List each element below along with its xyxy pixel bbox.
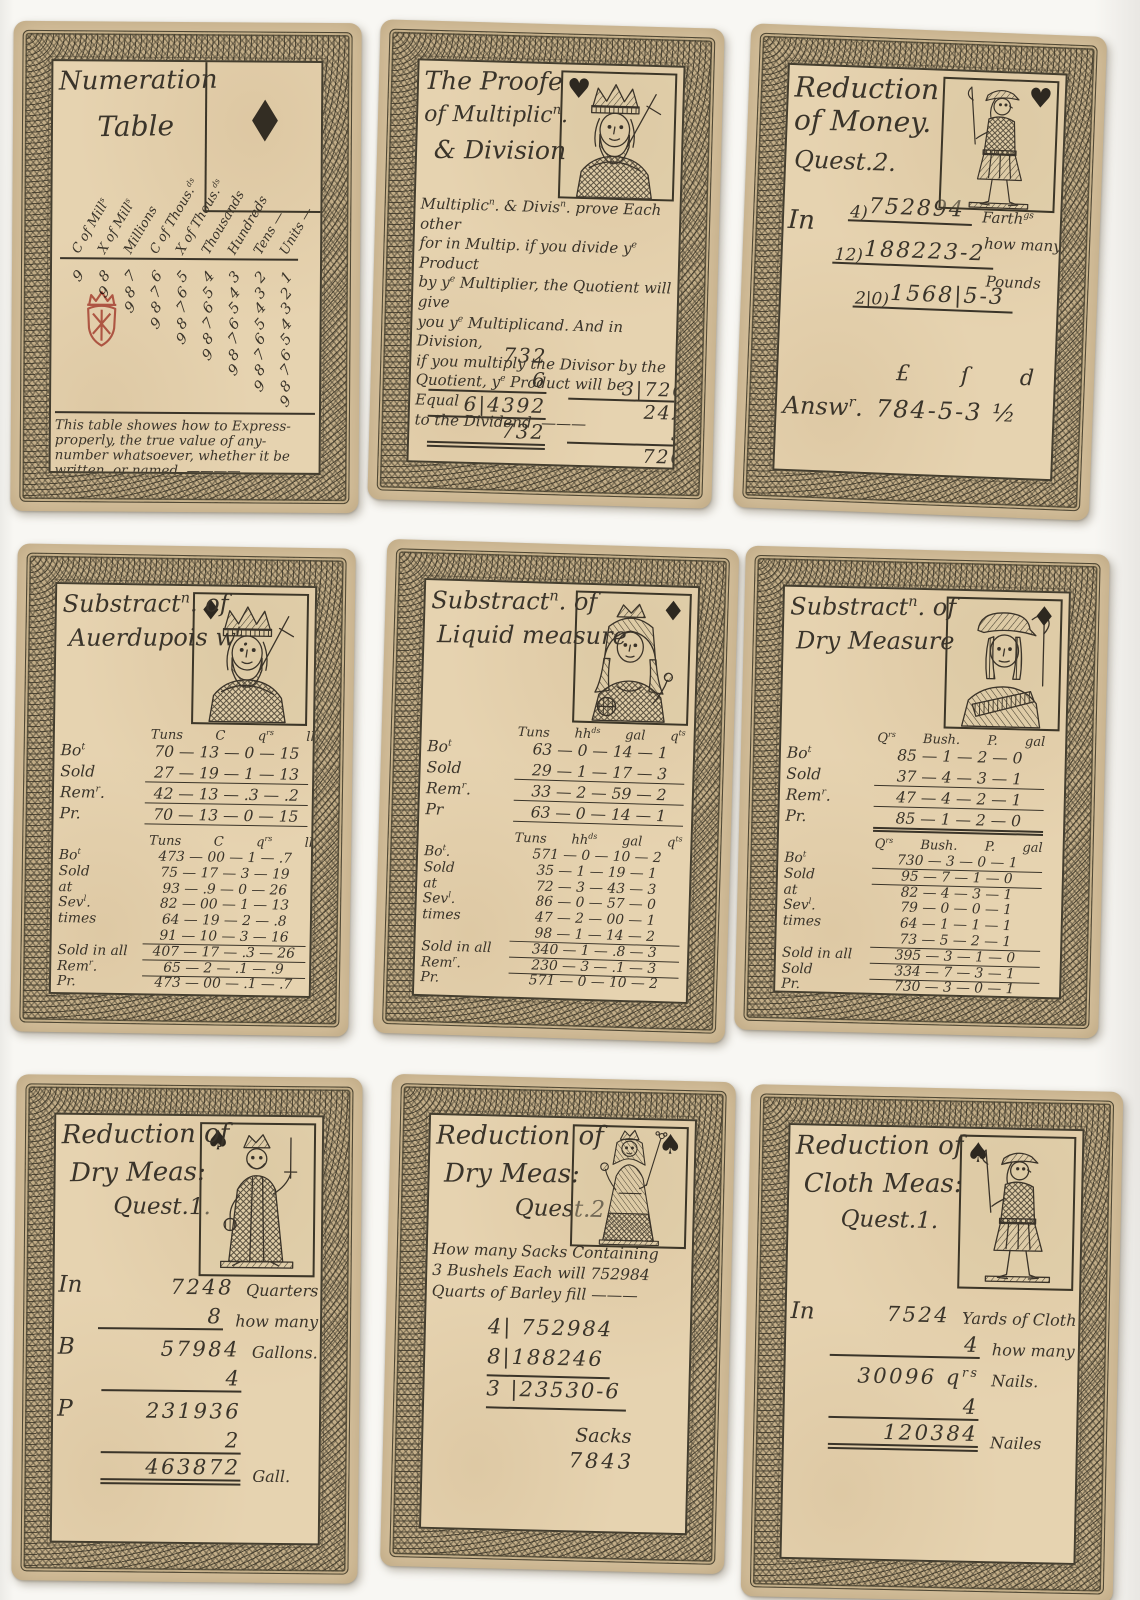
title-line: Substractn. of: [431, 586, 627, 616]
answer-value: 784-5-3 ½: [875, 394, 1017, 427]
card-footer-note: This table showes how to Express- proper…: [55, 411, 315, 475]
unit-note: Pounds: [985, 273, 1041, 293]
pence-symbol: d: [1019, 366, 1034, 392]
math-line: 4| 752984: [487, 1314, 619, 1347]
subtraction-table-1: TunshhdsgalqtsBot63 — 0 — 14 — 1Sold29 —…: [425, 720, 690, 829]
footer-line: written, or named. ————: [55, 463, 315, 475]
title-line: of Money.: [794, 103, 939, 139]
diamond-pip-icon: ♦: [661, 598, 686, 626]
math-row: 463872Gall.: [56, 1453, 316, 1487]
answer-row: Answr. 784-5-3 ½: [782, 391, 1018, 428]
body-line: you ye Multiplicand. And in Division,: [417, 312, 673, 358]
math-row: 2: [57, 1422, 317, 1456]
divisor: 2|0): [855, 289, 890, 310]
title-line: Numeration: [59, 65, 218, 97]
inner-panel: ♥ Reduction of Money. Quest.2. In: [772, 63, 1067, 481]
card-substraction-liquid-measure: ♦ Substractn. of Liquid measure Tunshhds…: [373, 539, 740, 1043]
title-line: Dry Meas:: [70, 1157, 230, 1188]
result-value: 7843: [568, 1448, 634, 1474]
math-row: 4how many: [790, 1324, 1077, 1361]
title-line: Auerdupois wt.: [69, 623, 250, 652]
title-line: The Proofe: [424, 66, 568, 96]
inner-panel: ♦ Substractn. of Auerdupois wt. TunsCqrs…: [49, 582, 317, 998]
math-line: 3 |23530-6: [486, 1376, 627, 1411]
court-figure-box-king-of-hearts: ♥: [558, 70, 678, 201]
math-line: 8|188246: [487, 1344, 610, 1379]
result-label: Sacks: [575, 1424, 632, 1447]
reduction-working: In7248Quarters8how manyB57984Gallons.4P2…: [56, 1267, 318, 1487]
math-row: 8how many: [58, 1298, 318, 1332]
card-reduction-cloth-measure-quest-1: ♠ Reduction of Cloth Meas: Quest.1.: [741, 1084, 1124, 1600]
card-reduction-dry-measure-quest-2: ♠ Reduction of Dry Meas: Quest.2.: [380, 1074, 736, 1574]
subtraction-table-2: TunsCqrslbBot473 — 00 — 1 — .7Sold75 — 1…: [57, 830, 307, 993]
word-problem-text: How many Sacks Containing 3 Bushels Each…: [432, 1239, 688, 1308]
diamond-pip-icon: ♦: [1032, 604, 1057, 632]
inner-panel: ♦ Numeration Table C of MillsX of MillsM…: [49, 59, 324, 475]
card-title: The Proofe of Multiplicn. & Division: [424, 66, 569, 165]
question-number: Quest.2.: [794, 145, 897, 177]
card-substraction-dry-measure: ♦ Substractn. of Dry Measure QrsBush.P.g…: [734, 546, 1110, 1039]
title-line: Reduction of: [62, 1119, 230, 1150]
card-reduction-dry-measure-quest-1: ♠ Reduction of Dry Meas: Quest.1. In7248…: [11, 1074, 362, 1584]
court-figure-box-jack-of-hearts: ♥: [938, 77, 1059, 213]
inner-panel: ♠ Reduction of Dry Meas: Quest.1. In7248…: [50, 1113, 324, 1546]
header-rule: [60, 257, 298, 261]
card-title: Substractn. of Dry Measure: [790, 592, 956, 655]
court-figure-box-jack-of-spades: ♠: [957, 1135, 1076, 1291]
math-row: In7524Yards of Cloth: [790, 1293, 1077, 1330]
scanned-sheet-of-arithmetic-playing-cards: { "palette":{"card_paper":"#d7c29e","pan…: [0, 0, 1140, 1600]
spade-pip-icon: ♠: [966, 1140, 991, 1168]
unit-note: how many: [984, 234, 1062, 255]
body-line: Quotient, ye Product will be Equal: [415, 371, 671, 417]
subtraction-table-2: TunshhdsgalqtsBot.571 — 0 — 10 — 2Sold35…: [420, 826, 687, 993]
title-line: Substractn. of: [63, 589, 250, 618]
in-label: In: [787, 205, 815, 236]
subtraction-table-2: QrsBush.P.galBot730 — 3 — 0 — 1Sold95 — …: [781, 833, 1059, 999]
question-number: Quest.1.: [113, 1193, 211, 1220]
subtraction-table-1: TunsCqrslbBot70 — 13 — 0 — 15Sold27 — 19…: [59, 724, 309, 829]
spade-pip-icon: ♠: [658, 1131, 683, 1159]
math-row: 4: [57, 1360, 317, 1394]
question-number: Quest.1.: [840, 1206, 938, 1234]
card-numeration-table: ♦ Numeration Table C of MillsX of MillsM…: [10, 21, 361, 513]
math-row: 4: [788, 1386, 1075, 1423]
card-title: Reduction of Cloth Meas:: [796, 1131, 964, 1199]
table-row: Pr.473 — 00 — .1 — .7: [57, 973, 305, 993]
inner-panel: ♥ The Proofe of Multiplicn. & Division M…: [406, 58, 685, 469]
rule-explanation-text: Multiplicn. & Divisn. prove Each other f…: [414, 194, 675, 436]
math-row: 30096 qrsNails.: [789, 1355, 1076, 1392]
divisor: 12): [834, 245, 863, 266]
card-title: Reduction of Dry Meas:: [436, 1121, 604, 1190]
title-line: Cloth Meas:: [804, 1169, 964, 1199]
court-figure-box-jack-of-diamonds: ♦: [944, 597, 1063, 732]
title-line: Liquid measure: [437, 620, 627, 650]
math-row: 120384Nailes: [788, 1417, 1075, 1454]
answer-label: Answr.: [782, 391, 863, 422]
inner-panel: ♦ Substractn. of Dry Measure QrsBush.P.g…: [773, 585, 1071, 1000]
divisor: 4): [850, 202, 868, 223]
division-working: 4| 752984 8|188246 3 |23530-6: [486, 1314, 629, 1411]
title-line: Dry Measure: [796, 626, 956, 655]
inner-panel: ♠ Reduction of Dry Meas: Quest.2.: [419, 1113, 697, 1535]
title-line: Reduction of: [436, 1121, 604, 1152]
dividend: 188223-2: [864, 237, 986, 267]
math-row: B57984Gallons.: [58, 1329, 318, 1363]
card-substraction-averdupois-weight: ♦ Substractn. of Auerdupois wt. TunsCqrs…: [10, 543, 356, 1036]
pounds-shillings-pence-symbols: £ ſ d: [896, 361, 1035, 391]
card-proof-of-multiplication-division: ♥ The Proofe of Multiplicn. & Division M…: [367, 19, 724, 508]
red-crest-stamp-icon: [69, 287, 133, 349]
heart-pip-icon: ♥: [567, 76, 592, 104]
math-row: P231936: [57, 1391, 317, 1425]
reduction-working: In7524Yards of Cloth4how many30096 qrsNa…: [788, 1293, 1077, 1454]
title-line: Reduction: [794, 70, 939, 106]
card-reduction-of-money: ♥ Reduction of Money. Quest.2. In: [733, 23, 1107, 520]
diamond-pip-icon: ♦: [244, 88, 286, 156]
division-step: 12)188223-2: [832, 236, 994, 270]
card-title: Reduction of Dry Meas:: [62, 1119, 230, 1188]
title-line: & Division: [434, 135, 568, 165]
heart-pip-icon: ♥: [1028, 85, 1053, 113]
card-title: Reduction of Money.: [794, 70, 940, 139]
shilling-symbol: ſ: [960, 364, 969, 389]
card-title: Numeration Table: [59, 65, 219, 144]
pound-symbol: £: [896, 361, 911, 387]
ace-pip-box: ♦: [204, 60, 323, 213]
card-title: Substractn. of Auerdupois wt.: [63, 589, 250, 652]
subtraction-table-1: QrsBush.P.galBot85 — 1 — 2 — 0Sold37 — 4…: [785, 727, 1061, 835]
title-line: Dry Meas:: [444, 1159, 604, 1190]
inner-panel: ♠ Reduction of Cloth Meas: Quest.1.: [779, 1123, 1084, 1565]
card-title: Substractn. of Liquid measure: [431, 586, 627, 650]
inner-panel: ♦ Substractn. of Liquid measure Tunshhds…: [412, 578, 700, 1004]
title-line: Reduction of: [796, 1131, 964, 1161]
table-row: Pr.70 — 13 — 0 — 15: [59, 804, 307, 829]
title-line: of Multiplicn.: [424, 102, 568, 128]
numeration-digits-row: 9: [273, 391, 299, 410]
title-line: Substractn. of: [790, 592, 956, 621]
title-line: Table: [97, 109, 218, 143]
math-line: 726: [566, 444, 685, 468]
